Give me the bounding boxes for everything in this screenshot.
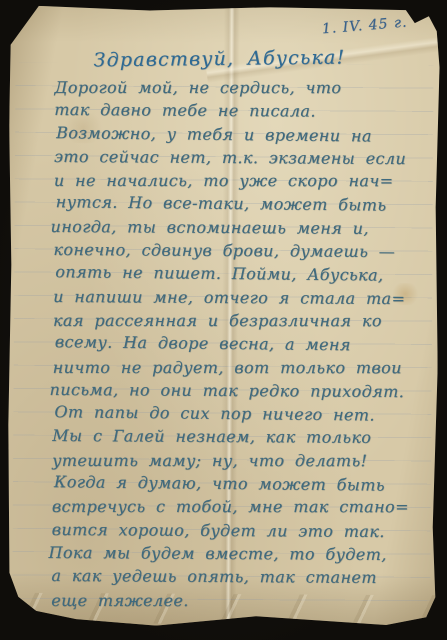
letter-line: Возможно, у тебя и времени на [56,121,423,148]
letter-line: и не начались, то уже скоро нач= [54,169,421,193]
letter-line: Пока мы будем вместе, то будет, [48,541,415,567]
letter-line: Дорогой мой, не сердись, что [54,76,421,100]
letter-body: Дорогой мой, не сердись, чтотак давно те… [51,75,421,613]
letter-line: это сейчас нет, т.к. экзамены если [54,145,421,171]
letter-line: а как уедешь опять, так станет [51,564,418,590]
letter-line: иногда, ты вспоминаешь меня и, [50,215,417,241]
letter-line: еще тяжелее. [51,588,418,612]
letter-line: кая рассеянная и безразличная ко [53,309,420,333]
letter-greeting: Здравствуй, Абуська! [93,47,345,72]
letter-line: так давно тебе не писала. [54,98,421,124]
letter-line: ничто не радует, вот только твои [53,355,420,379]
letter-line: опять не пишет. Пойми, Абуська, [55,261,422,288]
letter-line: вится хорошо, будет ли это так. [52,518,419,544]
letter-paper: 1. IV. 45 г. Здравствуй, Абуська! Дорого… [6,5,440,630]
letter-photograph: 1. IV. 45 г. Здравствуй, Абуська! Дорого… [0,0,447,640]
letter-line: и напиши мне, отчего я стала та= [53,285,420,311]
letter-line: Мы с Галей незнаем, как только [52,424,419,450]
letter-line: Когда я думаю, что может быть [54,470,421,497]
letter-line: От папы до сих пор ничего нет. [54,400,421,427]
letter-line: конечно, сдвинув брови, думаешь — [53,238,420,264]
letter-line: письма, но они так редко приходят. [49,378,416,404]
letter-line: утешить маму; ну, что делать! [52,449,419,473]
letter-line: нутся. Но все-таки, может быть [56,191,423,218]
letter-line: всему. На дворе весна, а меня [55,330,422,357]
letter-line: встречусь с тобой, мне так стано= [52,495,419,519]
